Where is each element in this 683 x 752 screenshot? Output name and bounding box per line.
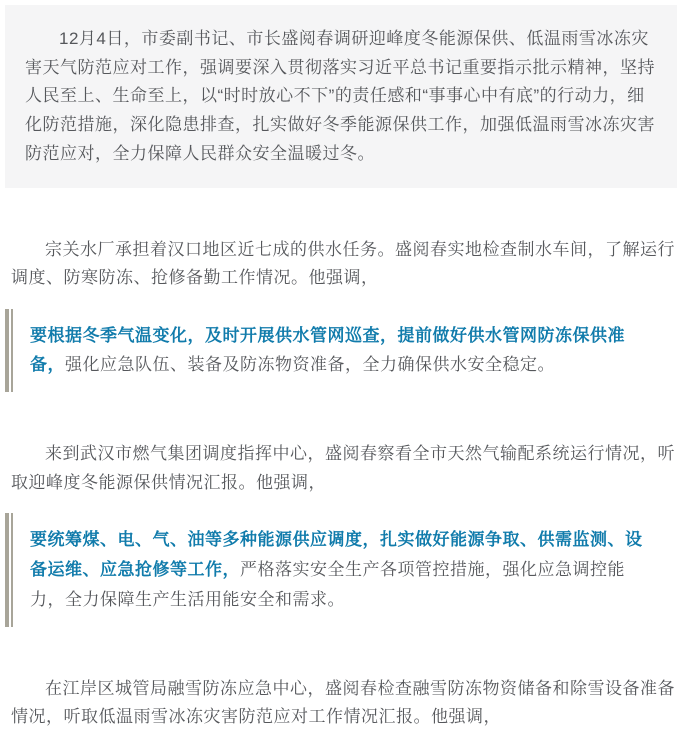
paragraph-snow-melt-center: 在江岸区城管局融雪防冻应急中心，盛阅春检查融雪防冻物资储备和除雪设备准备情况，听… <box>11 675 677 732</box>
quote-regular-text: 强化应急队伍、装备及防冻物资准备，全力确保供水安全稳定。 <box>65 355 555 374</box>
quote-text: 要根据冬季气温变化，及时开展供水管网巡查，提前做好供水管网防冻保供准备，强化应急… <box>30 321 659 381</box>
lead-summary-box: 12月4日，市委副书记、市长盛阅春调研迎峰度冬能源保供、低温雨雪冰冻灾害天气防范… <box>5 5 677 188</box>
news-article: 12月4日，市委副书记、市长盛阅春调研迎峰度冬能源保供、低温雨雪冰冻灾害天气防范… <box>0 5 683 752</box>
quote-block-energy-dispatch: 要统筹煤、电、气、油等多种能源供应调度，扎实做好能源争取、供需监测、设备运维、应… <box>5 513 677 626</box>
quote-inner: 要根据冬季气温变化，及时开展供水管网巡查，提前做好供水管网防冻保供准备，强化应急… <box>11 309 677 393</box>
quote-block-water-supply: 要根据冬季气温变化，及时开展供水管网巡查，提前做好供水管网防冻保供准备，强化应急… <box>5 309 677 393</box>
bottom-spacer <box>0 732 683 752</box>
quote-inner: 要统筹煤、电、气、油等多种能源供应调度，扎实做好能源争取、供需监测、设备运维、应… <box>11 513 677 626</box>
paragraph-gas-group: 来到武汉市燃气集团调度指挥中心，盛阅春察看全市天然气输配系统运行情况，听取迎峰度… <box>11 440 677 497</box>
quote-text: 要统筹煤、电、气、油等多种能源供应调度，扎实做好能源争取、供需监测、设备运维、应… <box>30 525 659 614</box>
lead-summary-text: 12月4日，市委副书记、市长盛阅春调研迎峰度冬能源保供、低温雨雪冰冻灾害天气防范… <box>25 25 657 169</box>
paragraph-water-plant: 宗关水厂承担着汉口地区近七成的供水任务。盛阅春实地检查制水车间，了解运行调度、防… <box>11 236 677 293</box>
